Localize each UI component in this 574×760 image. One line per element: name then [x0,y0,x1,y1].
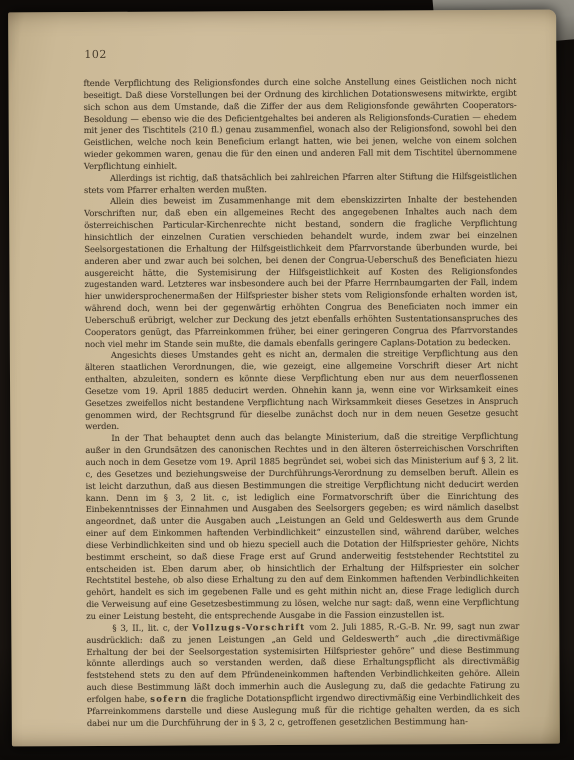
scanned-book-photo: 102 ftende Verpflichtung des Religionsfo… [0,0,574,760]
text-run: Angesichts dieses Umstandes geht es nich… [85,348,518,431]
page-number: 102 [84,48,107,61]
emphasized-text-run: sofern [150,693,188,703]
paragraph: § 3, II., lit. c, der Vollzugs-Vorschrif… [86,621,520,730]
paragraph: Angesichts dieses Umstandes geht es nich… [85,348,518,433]
text-run: Allein dies beweist im Zusammenhange mit… [84,194,518,348]
paragraph: Allerdings ist richtig, daß thatsächlich… [84,171,517,197]
text-run: In der That behauptet denn auch das bela… [85,431,519,621]
emphasized-text-run: Vollzugs-Vorschrift [192,622,305,633]
book-page: 102 ftende Verpflichtung des Religionsfo… [8,10,560,747]
paragraph: ftende Verpflichtung des Religionsfondes… [83,76,516,173]
page-body-text: ftende Verpflichtung des Religionsfondes… [83,76,519,730]
text-run: ftende Verpflichtung des Religionsfondes… [83,76,516,171]
paragraph: In der That behauptet denn auch das bela… [85,431,519,623]
text-run: Allerdings ist richtig, daß thatsächlich… [84,171,517,195]
paragraph: Allein dies beweist im Zusammenhange mit… [84,194,518,350]
text-run: § 3, II., lit. c, der [112,622,192,632]
